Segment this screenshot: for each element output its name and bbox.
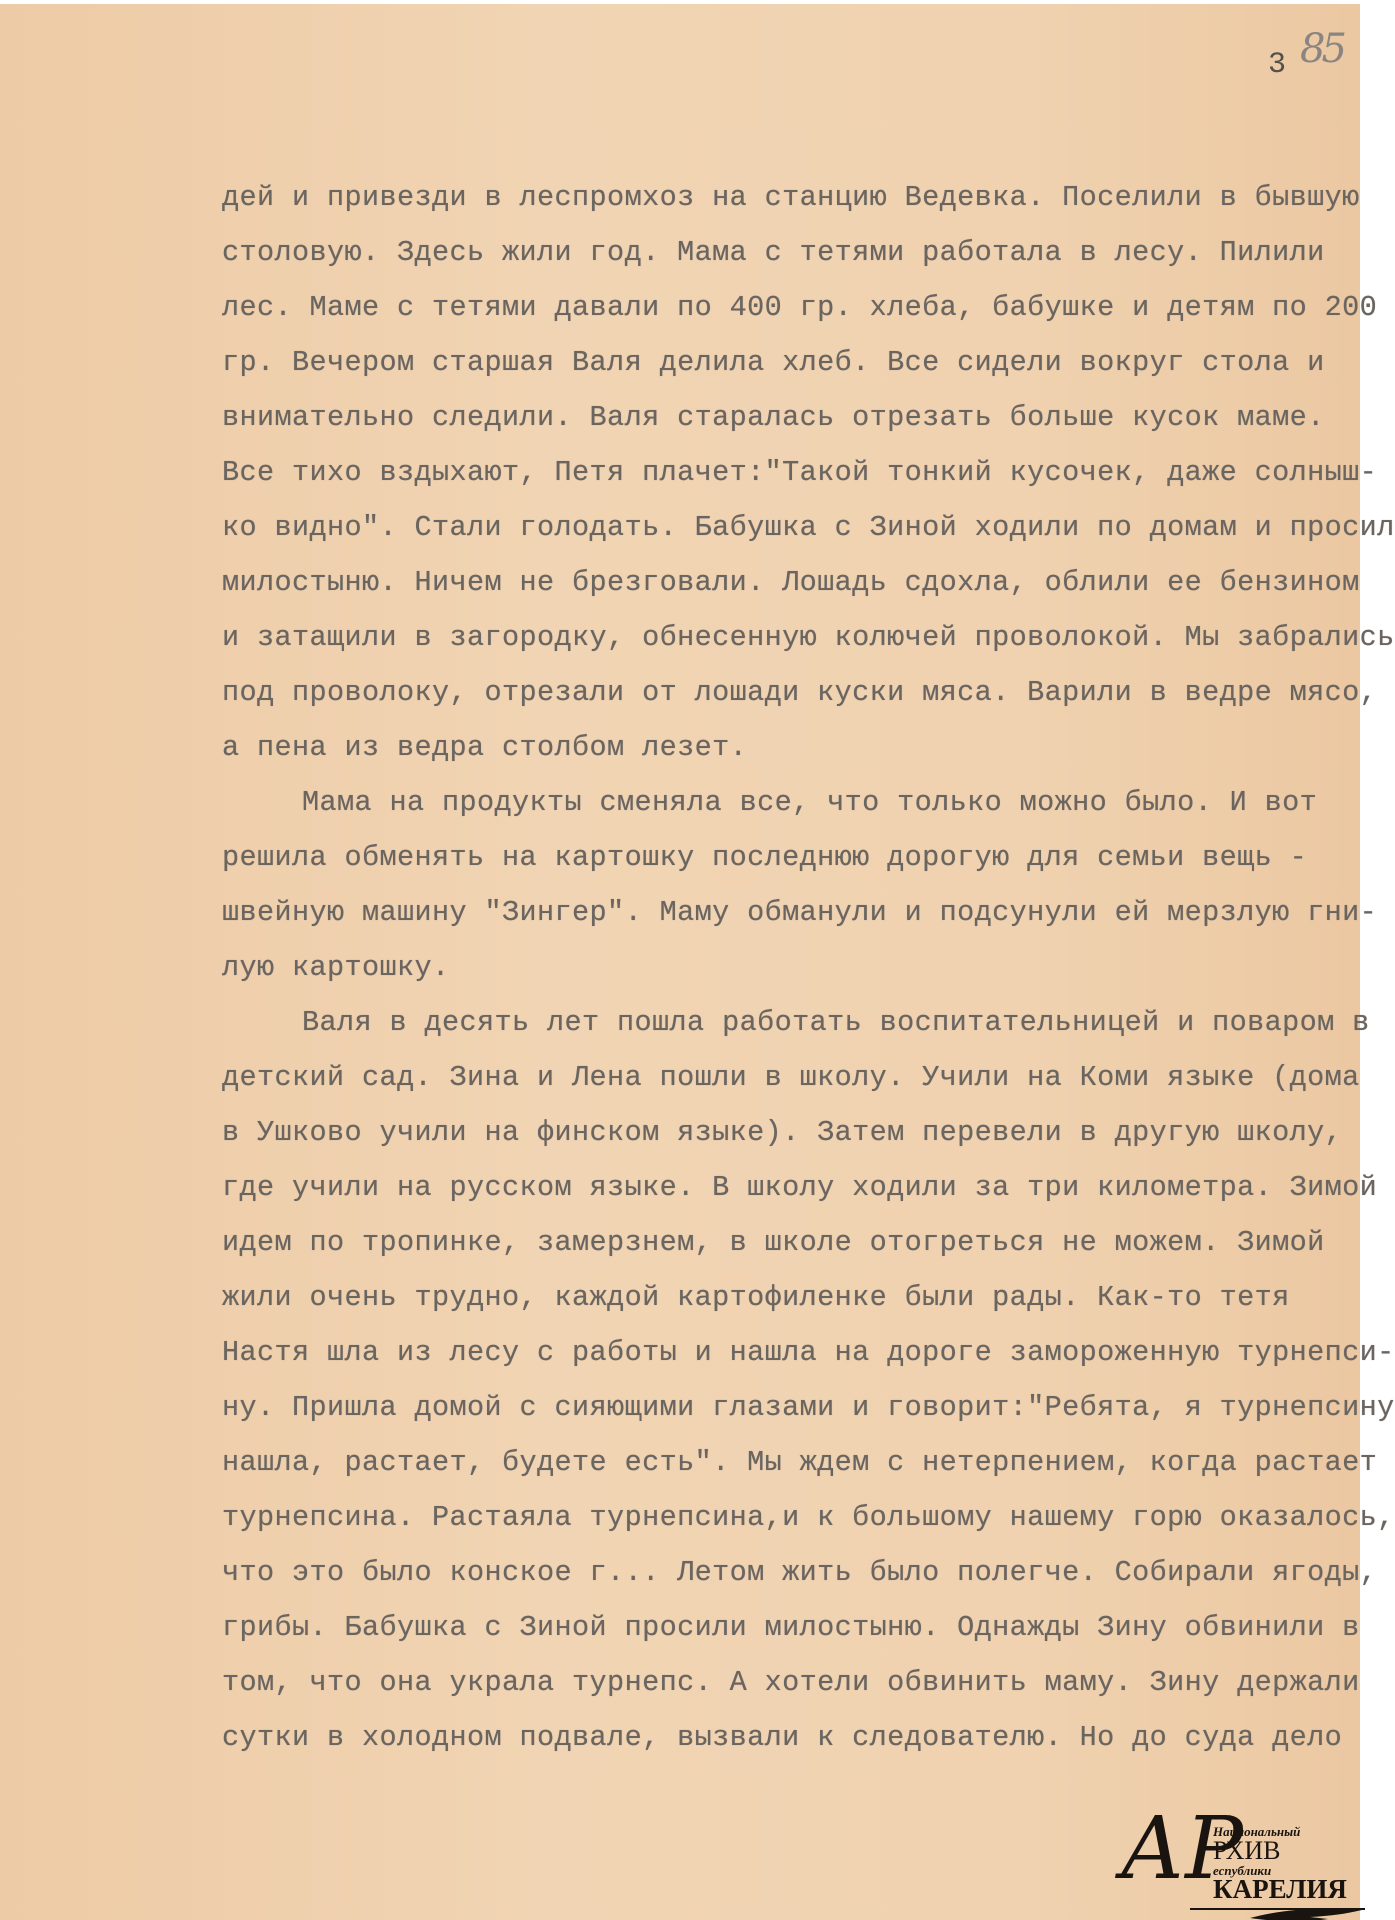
text-line: лую картошку.: [222, 940, 1362, 995]
text-line: грибы. Бабушка с Зиной просили милостыню…: [222, 1600, 1362, 1655]
text-line: Все тихо вздыхают, Петя плачет:"Такой то…: [222, 445, 1362, 500]
logo-line-karelia: КАРЕЛИЯ: [1213, 1876, 1347, 1903]
text-line: дей и привезди в леспромхоз на станцию В…: [222, 170, 1362, 225]
text-line: а пена из ведра столбом лезет.: [222, 720, 1362, 775]
text-line: идем по тропинке, замерзнем, в школе ото…: [222, 1215, 1362, 1270]
text-line: ну. Пришла домой с сияющими глазами и го…: [222, 1380, 1362, 1435]
text-line: сутки в холодном подвале, вызвали к след…: [222, 1710, 1362, 1765]
typed-text-body: дей и привезди в леспромхоз на станцию В…: [222, 170, 1362, 1765]
document-page: 3 85 дей и привезди в леспромхоз на стан…: [0, 4, 1360, 1920]
archive-logo: АР Национальный РХИВ еспублики КАРЕЛИЯ: [1120, 1812, 1370, 1920]
text-line: швейную машину "Зингер". Маму обманули и…: [222, 885, 1362, 940]
text-line: где учили на русском языке. В школу ходи…: [222, 1160, 1362, 1215]
archive-page-number: 85: [1300, 26, 1343, 72]
text-line: милостыню. Ничем не брезговали. Лошадь с…: [222, 555, 1362, 610]
text-line: внимательно следили. Валя старалась отре…: [222, 390, 1362, 445]
text-line: турнепсина. Растаяла турнепсина,и к боль…: [222, 1490, 1362, 1545]
text-line: под проволоку, отрезали от лошади куски …: [222, 665, 1362, 720]
text-line: и затащили в загородку, обнесенную колюч…: [222, 610, 1362, 665]
text-line: Настя шла из лесу с работы и нашла на до…: [222, 1325, 1362, 1380]
quill-icon: [1250, 1904, 1365, 1920]
text-line: нашла, растает, будете есть". Мы ждем с …: [222, 1435, 1362, 1490]
text-line: что это было конское г... Летом жить был…: [222, 1545, 1362, 1600]
text-line: Валя в десять лет пошла работать воспита…: [222, 995, 1362, 1050]
logo-line-archive: РХИВ: [1213, 1838, 1281, 1864]
page-number: 3: [1268, 48, 1286, 82]
text-line: в Ушково учили на финском языке). Затем …: [222, 1105, 1362, 1160]
text-line: том, что она украла турнепс. А хотели об…: [222, 1655, 1362, 1710]
text-line: столовую. Здесь жили год. Мама с тетями …: [222, 225, 1362, 280]
text-line: ко видно". Стали голодать. Бабушка с Зин…: [222, 500, 1362, 555]
text-line: лес. Маме с тетями давали по 400 гр. хле…: [222, 280, 1362, 335]
text-line: жили очень трудно, каждой картофиленке б…: [222, 1270, 1362, 1325]
text-line: решила обменять на картошку последнюю до…: [222, 830, 1362, 885]
text-line: Мама на продукты сменяла все, что только…: [222, 775, 1362, 830]
text-line: детский сад. Зина и Лена пошли в школу. …: [222, 1050, 1362, 1105]
text-line: гр. Вечером старшая Валя делила хлеб. Вс…: [222, 335, 1362, 390]
